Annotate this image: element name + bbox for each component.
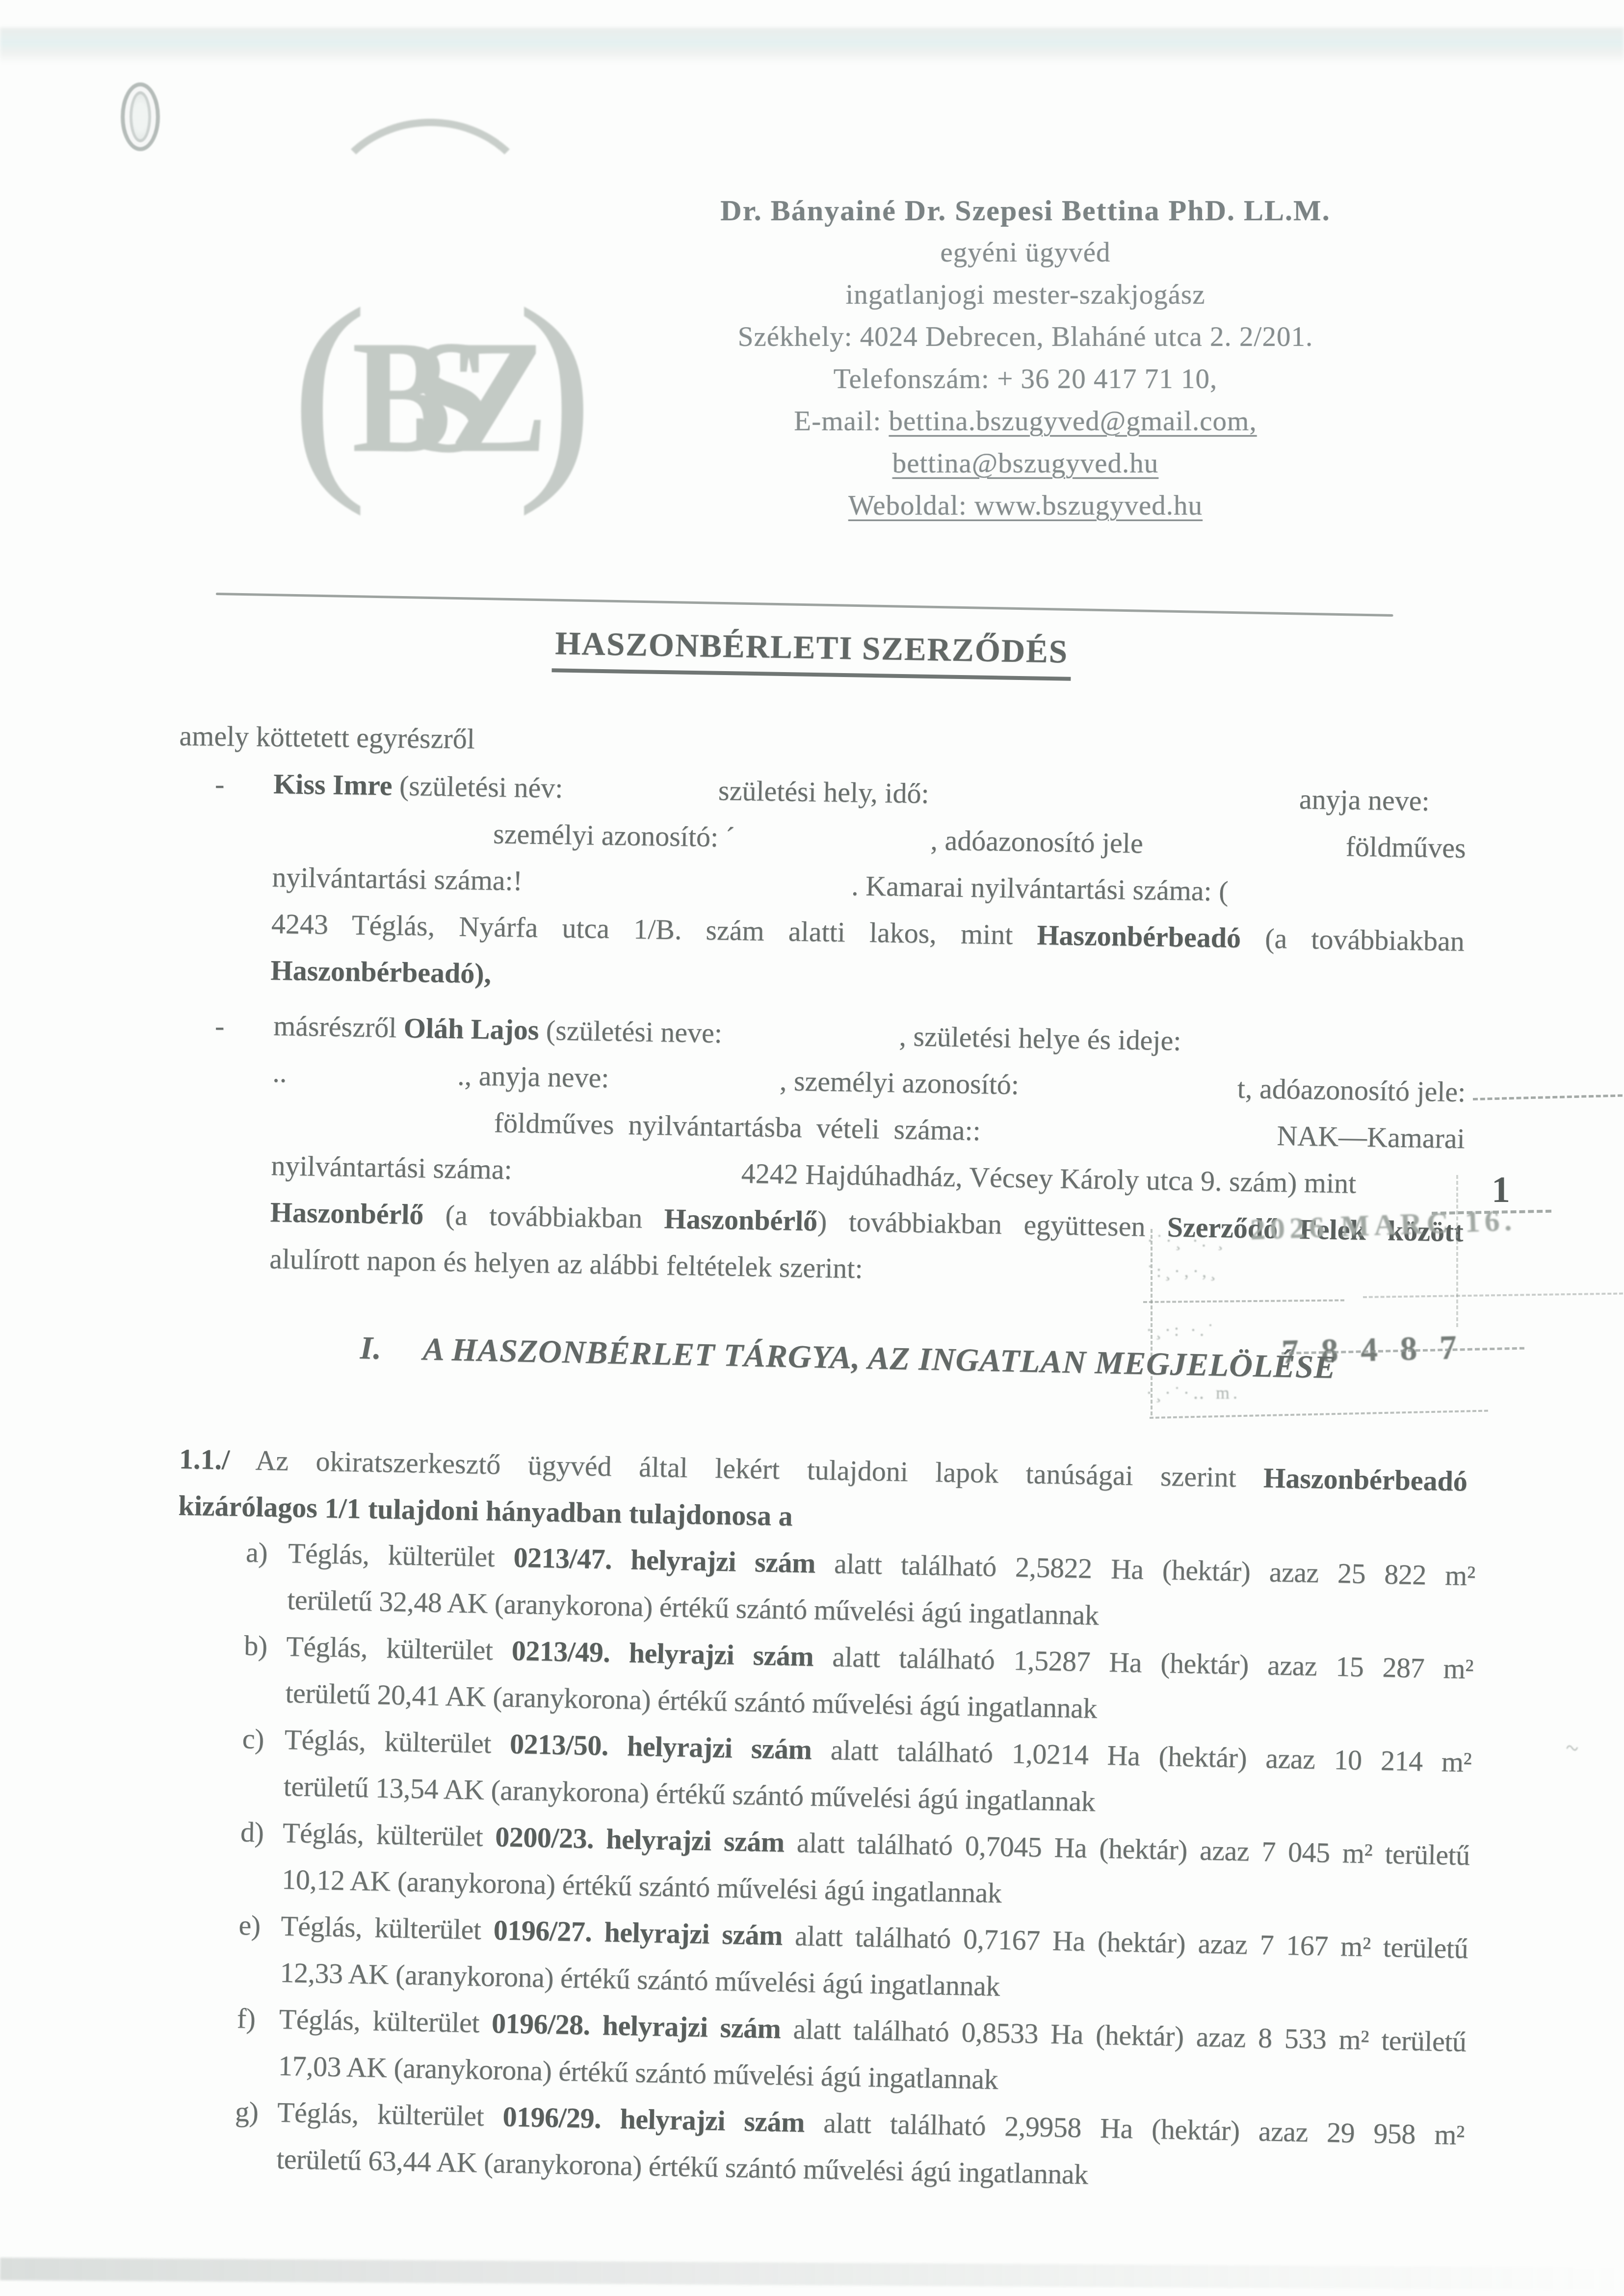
title-row: HASZONBÉRLETI SZERZŐDÉS [0,616,1624,690]
list-marker: d) [240,1808,264,1855]
text-segment: Oláh Lajos [403,1004,539,1053]
redacted-gap [609,1087,780,1090]
text-segment: alulírott napon és helyen az alábbi felt… [269,1243,863,1284]
text-segment: (a továbbiakban [1241,922,1465,957]
redacted-gap [1143,853,1345,856]
attorney-specialty: ingatlanjogi mester-szakjogász [628,274,1423,316]
redacted-gap [523,890,851,895]
list-marker: f) [236,1995,256,2042]
stamp-fragment: ˙:¸·‚·,¸ [1147,1261,1219,1281]
redacted-gap [980,1140,1277,1145]
text-segment: Téglás, külterület [284,1723,510,1760]
text-segment: 1.1./ [179,1443,230,1476]
text-segment: területű 13,54 AK (aranykorona) értékű s… [283,1770,1095,1818]
office-email-line: E-mail: bettina.bszugyved@gmail.com, [628,400,1423,443]
text-segment: 0196/29. helyrajzi szám [502,2101,805,2139]
redacted-gap [273,840,493,843]
text-segment: Téglás, külterület [277,2096,503,2133]
email-address-2: bettina@bszugyved.hu [892,448,1159,479]
party-1-lessor: Kiss Imre (születési név:születési hely,… [270,760,1467,1011]
text-segment: személyi azonosító: ´ [493,810,735,861]
text-segment: 0196/28. helyrajzi szám [492,2007,781,2044]
text-segment: alatt található 2,5822 Ha (hektár) azaz … [815,1547,1475,1592]
email-label: E-mail: [794,406,889,437]
text-segment: alatt található 2,9958 Ha (hektár) azaz … [804,2106,1465,2151]
property-list: a)Téglás, külterület 0213/47. helyrajzi … [276,1530,1475,2205]
margin-artifact: ~ [1563,1734,1581,1762]
text-segment: alatt található 0,7167 Ha (hektár) azaz … [782,1919,1468,1964]
office-email-line-2: bettina@bszugyved.hu [628,443,1423,485]
stamp-fragment: ·˙·¸ ·. ¸ [1147,1230,1227,1251]
redacted-gap [1429,810,1466,811]
text-segment: . Kamarai nyilvántartási száma: ( [851,862,1229,914]
text-segment: 0196/27. helyrajzi szám [493,1914,783,1951]
redacted-gap [563,798,718,800]
text-segment: Haszonbérlő [664,1202,818,1237]
redacted-gap [1019,1094,1237,1097]
redacted-gap [722,1043,899,1045]
text-segment: Téglás, külterület [283,1817,496,1852]
stamp-dashed-line [1150,1410,1488,1419]
text-segment: Haszonbérbeadó [1037,919,1241,954]
law-office-logo: ( BSZ ) [282,112,572,504]
text-segment: alatt található 1,0214 Ha (hektár) azaz … [812,1734,1472,1778]
text-segment: Téglás, külterület [286,1630,512,1667]
text-segment: területű 20,41 AK (aranykorona) értékű s… [285,1677,1097,1724]
redacted-gap [1228,901,1465,904]
text-segment: Haszonbérbeadó [1263,1462,1468,1497]
document-title: HASZONBÉRLETI SZERZŐDÉS [552,625,1072,681]
text-segment: , személyi azonosító: [779,1057,1020,1108]
redacted-gap [272,1128,494,1132]
text-segment: (születési név: [392,762,563,811]
redacted-gap [735,847,931,850]
redacted-gap [1181,1050,1466,1055]
office-website-line: Weboldal: www.bszugyved.hu [628,485,1423,527]
redacted-gap [929,803,1299,809]
email-address-1: bettina.bszugyved@gmail.com, [889,406,1257,437]
attorney-name: Dr. Bányainé Dr. Szepesi Bettina PhD. LL… [628,189,1423,232]
party-2-lessee: másrészről Oláh Lajos (születési neve:, … [269,1002,1467,1302]
text-segment: (születési neve: [539,1007,723,1056]
text-segment: 10,12 AK (aranykorona) értékű szántó műv… [282,1863,1002,1909]
text-segment: 17,03 AK (aranykorona) értékű szántó műv… [278,2050,998,2095]
section-1-heading: I. A HASZONBÉRLET TÁRGYA, AZ INGATLAN ME… [360,1325,1390,1392]
text-segment: kizárólagos 1/1 tulajdoni hányadban tula… [178,1489,793,1532]
text-segment: , születési helye és ideje: [899,1013,1181,1064]
text-segment: földműves [1345,823,1466,871]
party-2-bullet: - [215,1002,224,1049]
stamp-dashed-line [1143,1299,1344,1303]
scan-smudge-bottom [0,2258,1624,2290]
text-segment: területű 63,44 AK (aranykorona) értékű s… [276,2143,1088,2191]
attorney-role: egyéni ügyvéd [628,232,1423,274]
text-segment: alatt található 0,7045 Ha (hektár) azaz … [784,1826,1470,1872]
list-marker: b) [244,1622,268,1669]
text-segment: , adóazonosító jele [930,817,1144,866]
intro-line: amely köttetett egyrészről [179,712,475,762]
text-segment: földműves nyilvántartásba vételi száma:: [494,1099,981,1153]
letterhead: Dr. Bányainé Dr. Szepesi Bettina PhD. LL… [628,189,1423,527]
letterhead-separator [216,593,1393,617]
stamp-dashed-line [1473,1095,1623,1100]
office-address: Székhely: 4024 Debrecen, Blaháné utca 2.… [628,316,1423,358]
party-1-bullet: - [215,760,224,807]
redacted-gap [287,1082,457,1085]
redacted-gap [512,1179,741,1183]
text-segment: születési hely, idő: [718,767,929,816]
text-segment: 4243 Téglás, Nyárfa utca 1/B. szám alatt… [271,908,1037,951]
logo-paren-right-icon: ) [517,274,594,504]
text-segment: (a továbbiakban [423,1199,664,1234]
text-segment: Téglás, külterület [279,2003,492,2039]
list-marker: c) [242,1715,264,1762]
list-marker: e) [238,1902,261,1949]
stamp-fragment: ·¸·: ·.˙ [1146,1320,1217,1340]
text-segment: másrészről [273,1002,404,1051]
section-numeral: I. [360,1325,423,1373]
text-segment: .. [272,1049,288,1096]
text-segment: alatt található 0,8533 Ha (hektár) azaz … [781,2012,1467,2058]
text-segment: Haszonbérlő [270,1196,424,1230]
text-segment: Téglás, külterület [288,1537,514,1573]
text-segment: Kiss Imre [273,760,393,809]
text-segment: 0200/23. helyrajzi szám [495,1821,785,1858]
stamp-box-right-edge [1456,1175,1458,1327]
text-segment: NAK—Kamarai [1277,1112,1466,1162]
office-phone: Telefonszám: + 36 20 417 71 10, [628,358,1423,400]
text-segment: anyja neve: [1299,776,1430,824]
text-segment: 0213/47. helyrajzi szám [513,1541,816,1579]
text-segment: 12,33 AK (aranykorona) értékű szántó műv… [280,1957,1000,2002]
text-segment: Téglás, külterület [281,1910,494,1946]
text-segment: Haszonbérbeadó), [270,954,491,990]
text-segment: ., anyja neve: [457,1052,609,1101]
text-segment: alatt található 1,5287 Ha (hektár) azaz … [813,1641,1474,1685]
text-segment: területű 32,48 AK (aranykorona) értékű s… [287,1584,1099,1631]
text-segment: 0213/50. helyrajzi szám [510,1728,812,1766]
text-segment: nyilvántartási száma:! [272,854,523,904]
text-segment: t, adóazonosító jele: [1237,1065,1466,1116]
text-segment: nyilvántartási száma: [271,1142,513,1193]
logo-monogram: BSZ [352,316,505,477]
text-segment: ) továbbiakban együttesen [817,1205,1168,1243]
website-address: Weboldal: www.bszugyved.hu [848,490,1203,521]
list-marker: a) [245,1529,268,1576]
scanned-contract-page: ( BSZ ) Dr. Bányainé Dr. Szepesi Bettina… [0,0,1624,2296]
scan-smudge-top [0,27,1624,64]
list-marker: g) [235,2088,259,2135]
punch-hole [121,82,160,151]
text-segment: 0213/49. helyrajzi szám [511,1635,814,1672]
